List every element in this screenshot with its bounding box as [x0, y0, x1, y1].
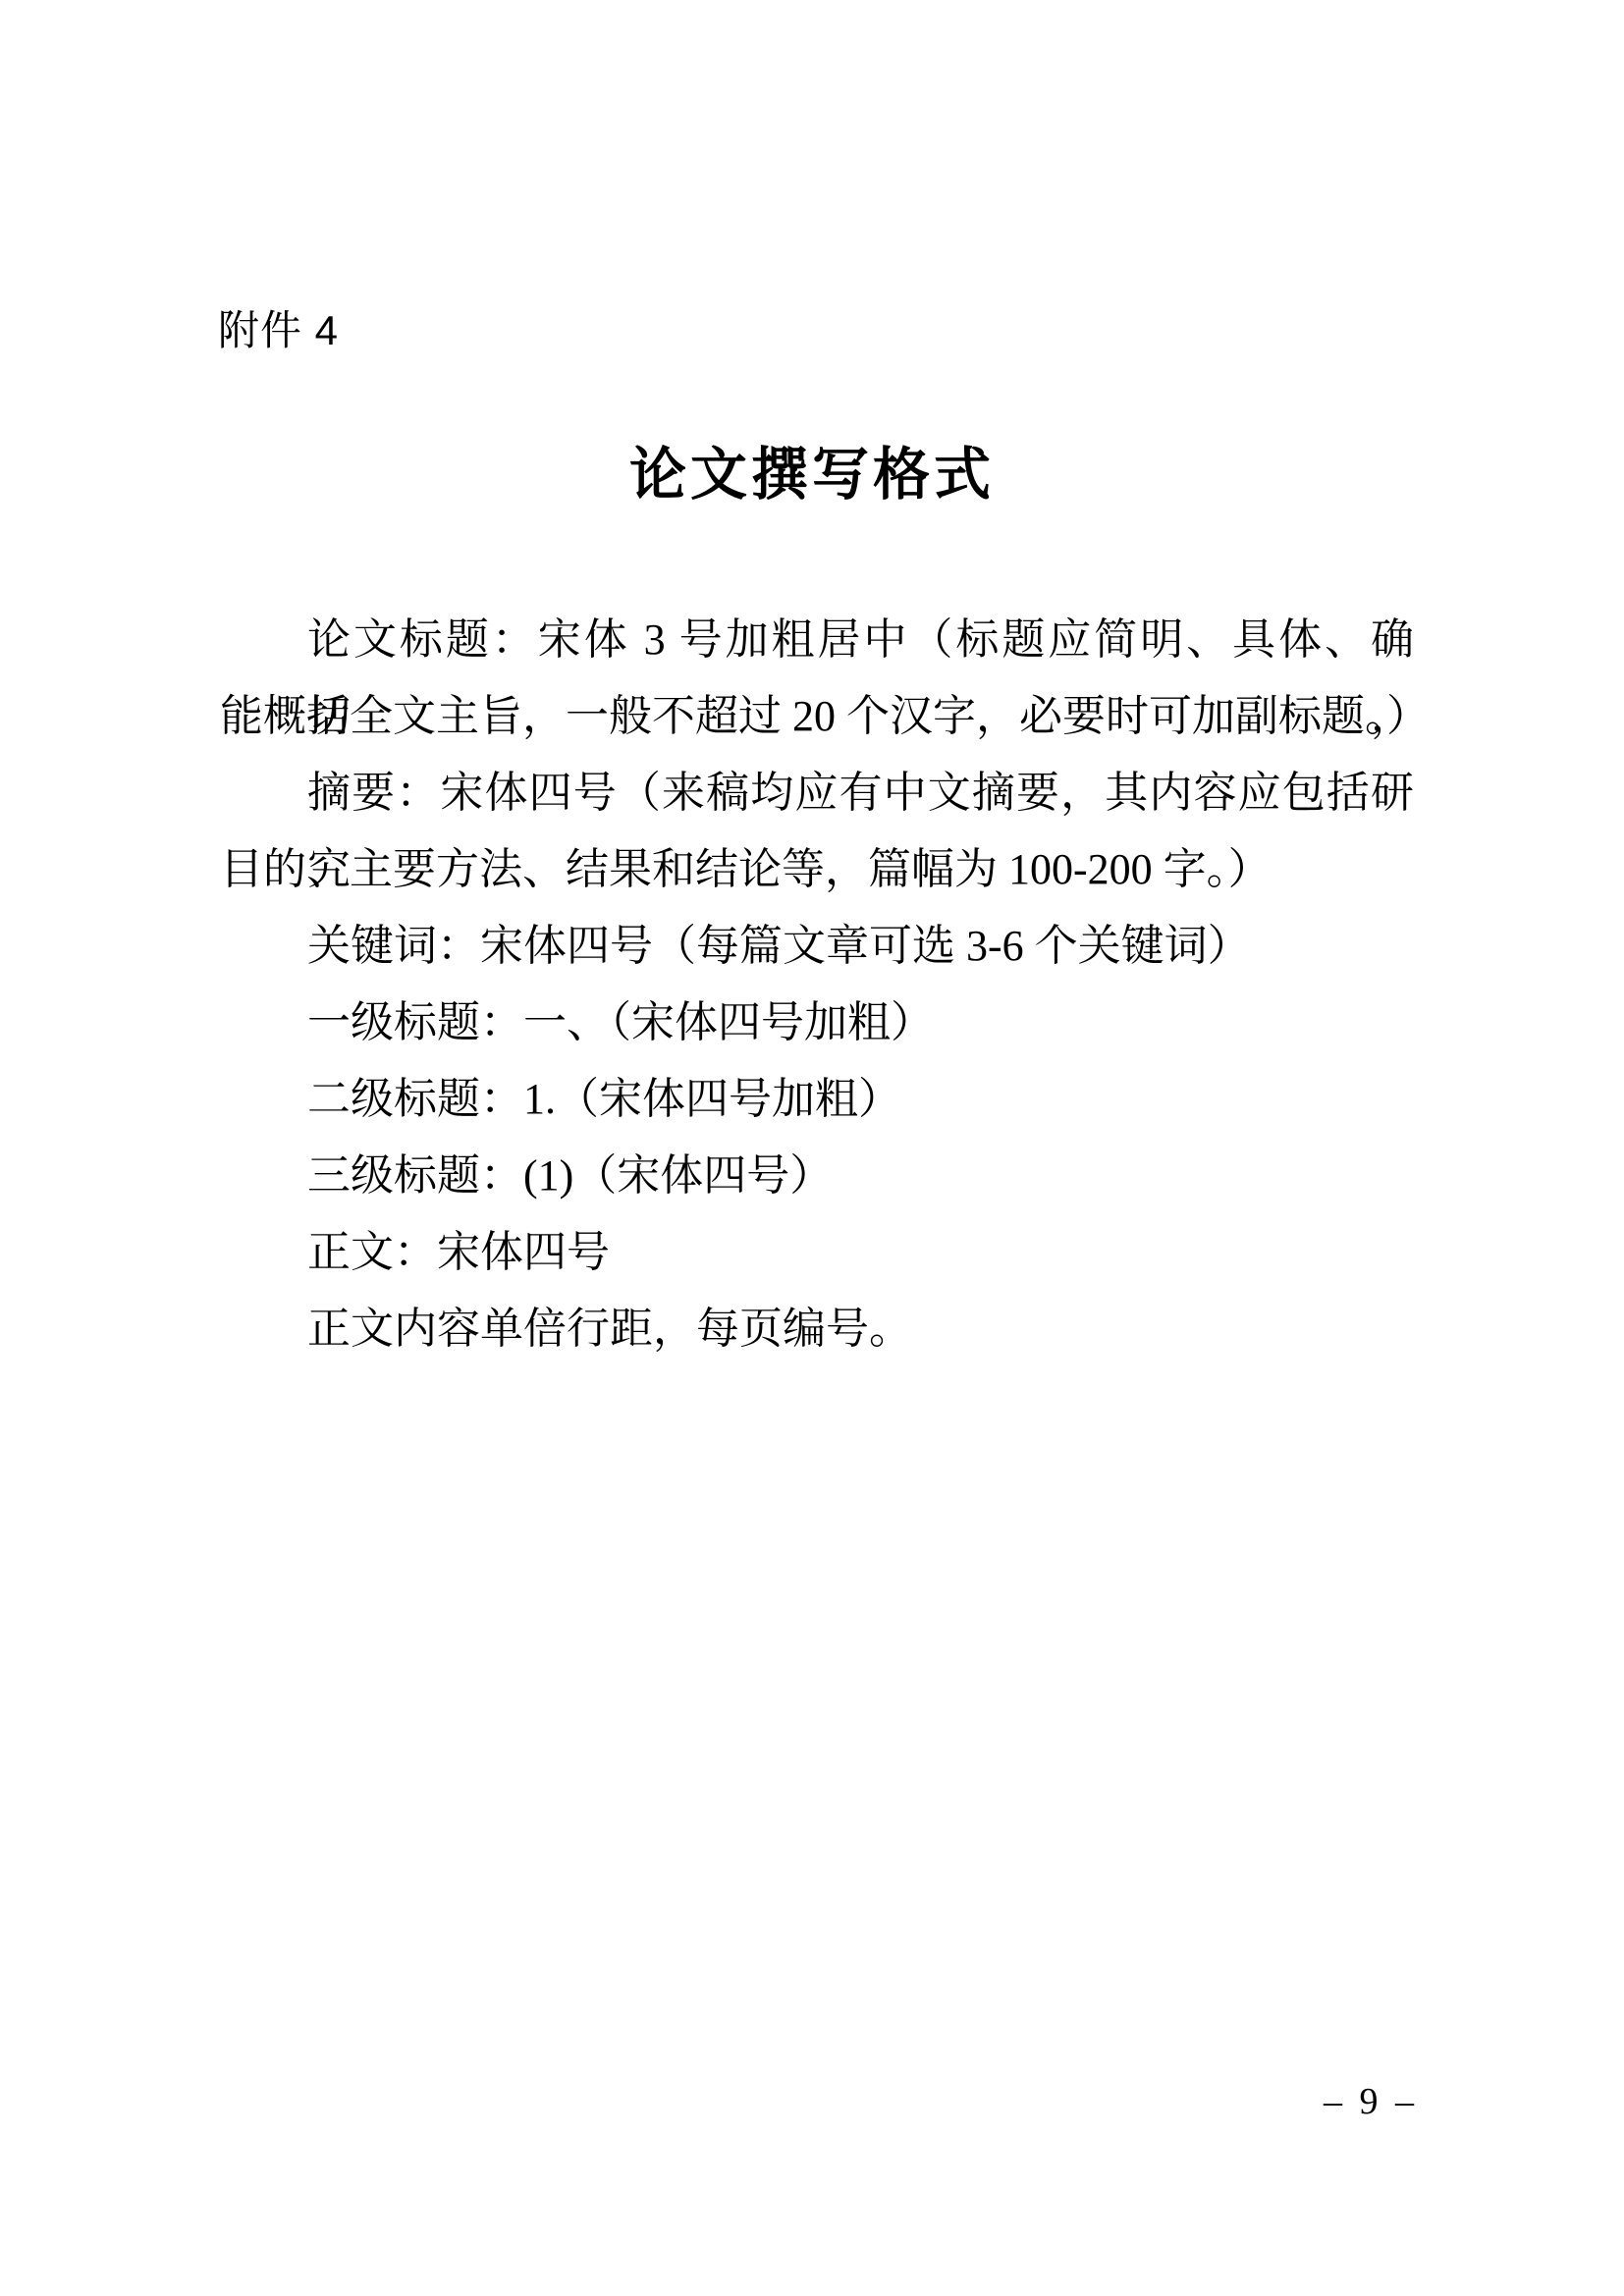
document-page: 附件 4 论文撰写格式 论文标题：宋体 3 号加粗居中（标题应简明、具体、确切，… [0, 0, 1624, 2296]
body-line: 目的、主要方法、结果和结论等，篇幅为 100-200 字。） [220, 831, 1414, 908]
body-line: 三级标题：(1)（宋体四号） [307, 1138, 1414, 1214]
document-title: 论文撰写格式 [0, 444, 1624, 507]
body-line: 正文内容单倍行距，每页编号。 [307, 1291, 1414, 1367]
body-line: 论文标题：宋体 3 号加粗居中（标题应简明、具体、确切， [307, 602, 1414, 678]
page-number: – 9 – [1324, 2083, 1418, 2120]
body-line: 能概括全文主旨，一般不超过 20 个汉字，必要时可加副标题。） [220, 678, 1414, 755]
body-line: 关键词：宋体四号（每篇文章可选 3-6 个关键词） [307, 908, 1414, 985]
body-line: 正文：宋体四号 [307, 1214, 1414, 1291]
body-line: 二级标题：1.（宋体四号加粗） [307, 1061, 1414, 1138]
body-line: 摘要：宋体四号（来稿均应有中文摘要，其内容应包括研究 [307, 755, 1414, 831]
document-body: 论文标题：宋体 3 号加粗居中（标题应简明、具体、确切， 能概括全文主旨，一般不… [220, 602, 1414, 1367]
attachment-label: 附件 4 [218, 310, 339, 351]
body-line: 一级标题：一、（宋体四号加粗） [307, 985, 1414, 1061]
